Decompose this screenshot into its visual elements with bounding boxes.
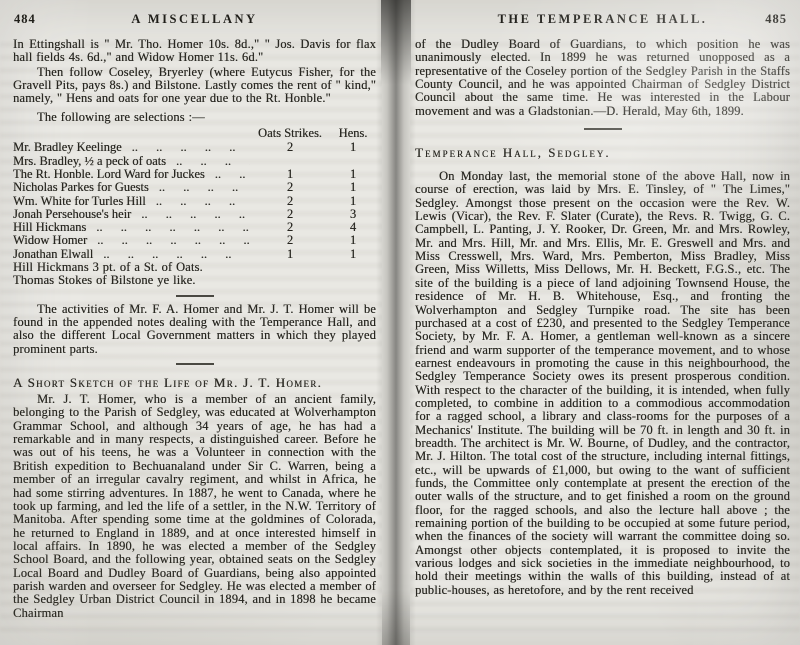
running-head-left: 484 A MISCELLANY: [13, 12, 376, 29]
oats-value: 2: [250, 208, 330, 221]
dot-leader: [122, 141, 250, 154]
oats-value: 2: [250, 195, 330, 208]
page-number-left: 484: [14, 12, 36, 27]
row-name: Jonah Persehouse's heir: [13, 208, 131, 221]
running-title-right: THE TEMPERANCE HALL.: [498, 12, 708, 26]
column-header-hens: Hens.: [330, 127, 376, 140]
dot-leader: [87, 234, 250, 247]
table-row: Nicholas Parkes for Guests 2 1: [13, 181, 376, 194]
row-name: Mr. Bradley Keelinge: [13, 141, 122, 154]
table-note-2: Thomas Stokes of Bilstone ye like.: [13, 274, 376, 287]
table-row: Hill Hickmans 2 4: [13, 221, 376, 234]
paragraph-memorial-stone: On Monday last, the memorial stone of th…: [415, 170, 790, 597]
table-row: The Rt. Honble. Lord Ward for Juckes 1 1: [13, 168, 376, 181]
section-divider-rule: [584, 128, 622, 130]
table-row: Wm. White for Turles Hill 2 1: [13, 195, 376, 208]
running-title-left: A MISCELLANY: [131, 12, 257, 26]
paragraph-rents-2: Then follow Coseley, Bryerley (where Eut…: [13, 66, 376, 106]
hens-value: 1: [330, 181, 376, 194]
page-right: THE TEMPERANCE HALL. 485 of the Dudley B…: [410, 0, 800, 645]
paragraph-guardians: of the Dudley Board of Guardians, to whi…: [415, 38, 790, 118]
paragraph-rents-1: In Ettingshall is " Mr. Tho. Homer 10s. …: [13, 38, 376, 65]
hens-value: 1: [330, 248, 376, 261]
selections-table: Oats Strikes. Hens. Mr. Bradley Keelinge…: [13, 127, 376, 261]
oats-value: 1: [250, 168, 330, 181]
scanned-book-spread: 484 A MISCELLANY In Ettingshall is " Mr.…: [0, 0, 800, 645]
oats-value: 2: [250, 181, 330, 194]
row-name: The Rt. Honble. Lord Ward for Juckes: [13, 168, 205, 181]
dot-leader: [205, 168, 250, 181]
column-header-oats: Oats Strikes.: [250, 127, 330, 140]
hens-value: 1: [330, 195, 376, 208]
hens-value: 1: [330, 141, 376, 154]
dot-leader: [131, 208, 250, 221]
hens-value: 1: [330, 168, 376, 181]
oats-value: 2: [250, 141, 330, 154]
paragraph-biography: Mr. J. T. Homer, who is a member of an a…: [13, 393, 376, 620]
table-header-row: Oats Strikes. Hens.: [13, 127, 376, 140]
table-row: Mrs. Bradley, ½ a peck of oats: [13, 155, 376, 168]
dot-leader: [149, 181, 250, 194]
table-row: Widow Homer 2 1: [13, 234, 376, 247]
row-name: Wm. White for Turles Hill: [13, 195, 146, 208]
row-name: Mrs. Bradley, ½ a peck of oats: [13, 155, 166, 168]
hens-value: 1: [330, 234, 376, 247]
row-name: Widow Homer: [13, 234, 87, 247]
row-name: Jonathan Elwall: [13, 248, 93, 261]
oats-value: 1: [250, 248, 330, 261]
oats-value: 2: [250, 234, 330, 247]
running-head-right: THE TEMPERANCE HALL. 485: [415, 12, 790, 29]
selections-intro: The following are selections :—: [13, 111, 376, 124]
row-name: Hill Hickmans: [13, 221, 86, 234]
dot-leader: [86, 221, 250, 234]
paragraph-activities: The activities of Mr. F. A. Homer and Mr…: [13, 303, 376, 356]
section-divider-rule: [176, 363, 214, 365]
table-row: Mr. Bradley Keelinge 2 1: [13, 141, 376, 154]
oats-value: 2: [250, 221, 330, 234]
section-heading-temperance-hall: Temperance Hall, Sedgley.: [415, 145, 790, 161]
section-heading-sketch: A Short Sketch of the Life of Mr. J. T. …: [13, 375, 376, 391]
section-divider-rule: [176, 295, 214, 297]
table-row: Jonathan Elwall 1 1: [13, 248, 376, 261]
page-number-right: 485: [765, 12, 787, 27]
dot-leader: [93, 248, 250, 261]
dot-leader: [146, 195, 250, 208]
page-left: 484 A MISCELLANY In Ettingshall is " Mr.…: [0, 0, 382, 645]
row-name: Nicholas Parkes for Guests: [13, 181, 149, 194]
dot-leader: [166, 155, 250, 168]
table-note-1: Hill Hickmans 3 pt. of a St. of Oats.: [13, 261, 376, 274]
hens-value: 3: [330, 208, 376, 221]
hens-value: 4: [330, 221, 376, 234]
table-row: Jonah Persehouse's heir 2 3: [13, 208, 376, 221]
